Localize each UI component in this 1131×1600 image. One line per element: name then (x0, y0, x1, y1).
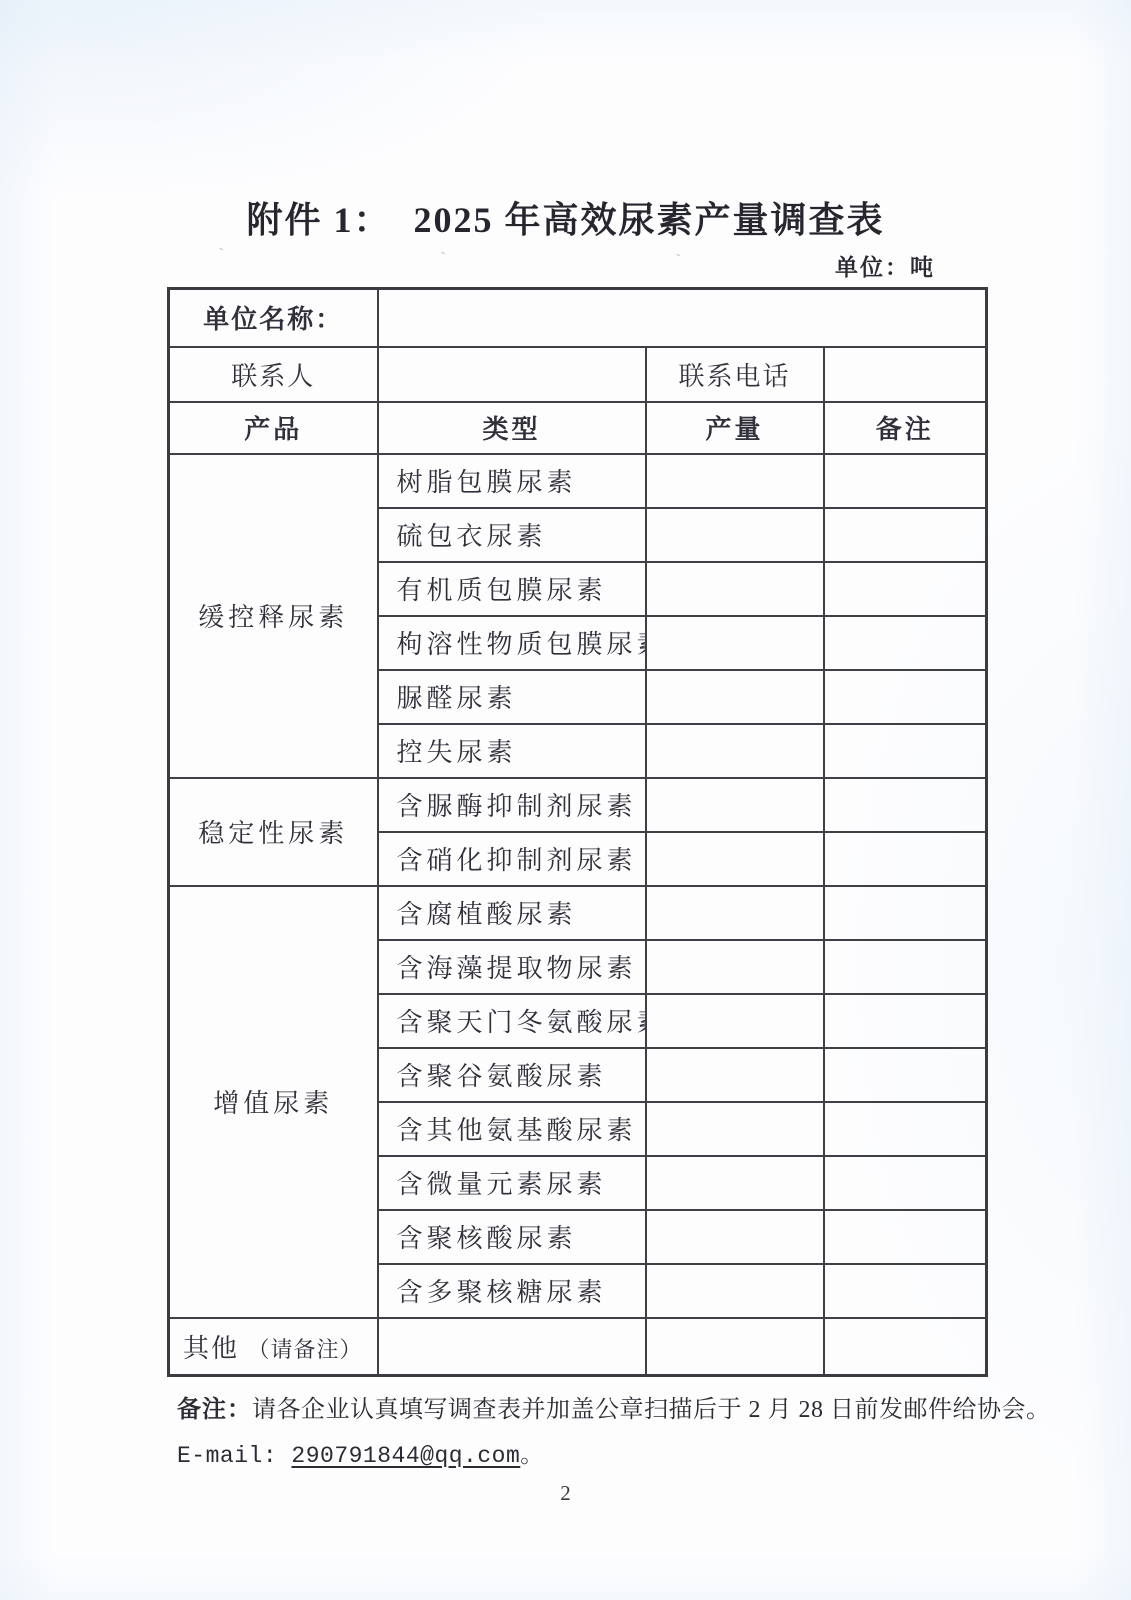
remark-value-cell (824, 1210, 987, 1264)
remark-value-cell (824, 778, 987, 832)
header-product: 产品 (169, 402, 378, 454)
type-cell: 脲醛尿素 (378, 670, 646, 724)
remark-value-cell (824, 1264, 987, 1318)
document-page: 附件 1：2025 年高效尿素产量调查表 ` ` ` 单位：吨 单位名称： 联系… (0, 0, 1131, 1600)
production-value-cell (646, 778, 824, 832)
product-group-cell: 增值尿素 (169, 886, 378, 1318)
type-cell: 硫包衣尿素 (378, 508, 646, 562)
production-value-cell (646, 562, 824, 616)
production-value-cell (646, 724, 824, 778)
other-label-cell: 其他 （请备注） (169, 1318, 378, 1376)
unit-name-value-cell (378, 289, 987, 347)
production-value-cell (646, 940, 824, 994)
scan-mark: ` (675, 252, 684, 271)
type-cell: 含聚天门冬氨酸尿素 (378, 994, 646, 1048)
footer-note-text: 请各企业认真填写调查表并加盖公章扫描后于 2 月 28 日前发邮件给协会。 (252, 1397, 1051, 1423)
other-row: 其他 （请备注） (169, 1318, 987, 1376)
remark-value-cell (824, 1102, 987, 1156)
header-type: 类型 (378, 402, 646, 454)
email-label: E-mail: (177, 1443, 291, 1469)
production-value-cell (646, 616, 824, 670)
header-remark: 备注 (824, 402, 987, 454)
production-value-cell (646, 1156, 824, 1210)
other-remark-cell (824, 1318, 987, 1376)
remark-value-cell (824, 724, 987, 778)
product-group-cell: 稳定性尿素 (169, 778, 378, 886)
product-group-cell: 缓控释尿素 (169, 454, 378, 778)
footer-note-label: 备注： (177, 1397, 252, 1423)
remark-value-cell (824, 994, 987, 1048)
remark-value-cell (824, 1048, 987, 1102)
production-value-cell (646, 670, 824, 724)
contact-row: 联系人 联系电话 (169, 347, 987, 402)
remark-value-cell (824, 940, 987, 994)
survey-table: 单位名称： 联系人 联系电话 产品 类型 产量 备注 缓控释尿素树脂包膜尿素硫包… (167, 287, 988, 1377)
other-label: 其他 (183, 1334, 239, 1363)
unit-name-row: 单位名称： (169, 289, 987, 347)
contact-phone-label-cell: 联系电话 (646, 347, 824, 402)
remark-value-cell (824, 1156, 987, 1210)
scan-mark: ` (218, 246, 227, 265)
other-note: （请备注） (248, 1337, 363, 1362)
type-cell: 含硝化抑制剂尿素 (378, 832, 646, 886)
production-value-cell (646, 994, 824, 1048)
remark-value-cell (824, 508, 987, 562)
table-row: 稳定性尿素含脲酶抑制剂尿素 (169, 778, 987, 832)
header-production: 产量 (646, 402, 824, 454)
type-cell: 枸溶性物质包膜尿素 (378, 616, 646, 670)
type-cell: 树脂包膜尿素 (378, 454, 646, 508)
production-value-cell (646, 1264, 824, 1318)
table-row: 增值尿素含腐植酸尿素 (169, 886, 987, 940)
remark-value-cell (824, 670, 987, 724)
type-cell: 含多聚核糖尿素 (378, 1264, 646, 1318)
remark-value-cell (824, 832, 987, 886)
type-cell: 控失尿素 (378, 724, 646, 778)
production-value-cell (646, 454, 824, 508)
footer-email: E-mail: 290791844@qq.com。 (177, 1436, 544, 1469)
table-row: 缓控释尿素树脂包膜尿素 (169, 454, 987, 508)
production-value-cell (646, 886, 824, 940)
other-production-cell (646, 1318, 824, 1376)
unit-note: 单位：吨 (835, 249, 935, 282)
remark-value-cell (824, 616, 987, 670)
type-cell: 含聚核酸尿素 (378, 1210, 646, 1264)
contact-phone-value-cell (824, 347, 987, 402)
production-value-cell (646, 832, 824, 886)
contact-label-cell: 联系人 (169, 347, 378, 402)
type-cell: 含微量元素尿素 (378, 1156, 646, 1210)
production-value-cell (646, 1048, 824, 1102)
page-number: 2 (0, 1481, 1131, 1506)
email-suffix: 。 (520, 1443, 544, 1469)
title-attachment-prefix: 附件 1： (246, 200, 391, 240)
type-cell: 含聚谷氨酸尿素 (378, 1048, 646, 1102)
remark-value-cell (824, 454, 987, 508)
production-value-cell (646, 1102, 824, 1156)
scan-mark: ` (440, 250, 449, 269)
type-cell: 含脲酶抑制剂尿素 (378, 778, 646, 832)
type-cell: 含其他氨基酸尿素 (378, 1102, 646, 1156)
type-cell: 含海藻提取物尿素 (378, 940, 646, 994)
email-address: 290791844@qq.com (291, 1443, 520, 1469)
production-value-cell (646, 508, 824, 562)
remark-value-cell (824, 562, 987, 616)
type-cell: 有机质包膜尿素 (378, 562, 646, 616)
contact-value-cell (378, 347, 646, 402)
document-title: 附件 1：2025 年高效尿素产量调查表 (0, 192, 1131, 243)
footer-note: 备注：请各企业认真填写调查表并加盖公章扫描后于 2 月 28 日前发邮件给协会。 (177, 1389, 1051, 1424)
unit-name-label-cell: 单位名称： (169, 289, 378, 347)
column-header-row: 产品 类型 产量 备注 (169, 402, 987, 454)
production-value-cell (646, 1210, 824, 1264)
title-main: 2025 年高效尿素产量调查表 (414, 200, 885, 240)
other-type-cell (378, 1318, 646, 1376)
remark-value-cell (824, 886, 987, 940)
type-cell: 含腐植酸尿素 (378, 886, 646, 940)
